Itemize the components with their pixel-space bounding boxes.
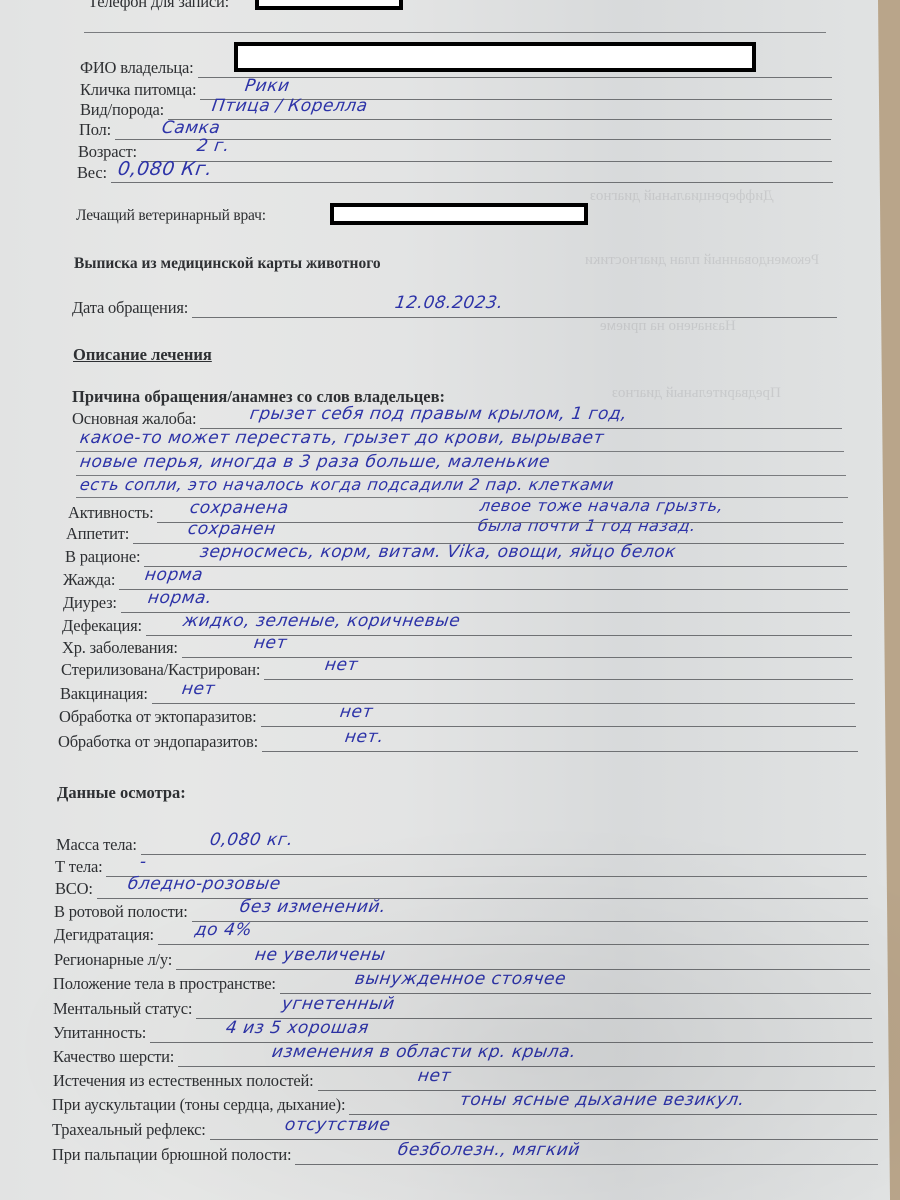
history-field: Вакцинация: xyxy=(60,682,855,704)
history-value: жидко, зеленые, коричневые xyxy=(182,611,462,631)
exam-label: При пальпации брюшной полости: xyxy=(52,1145,291,1165)
history-label: Активность: xyxy=(68,503,153,523)
history-label: Обработка от эндопаразитов: xyxy=(58,732,258,752)
treatment-title: Описание лечения xyxy=(73,345,212,365)
history-label: Жажда: xyxy=(63,570,115,590)
backside-text: Рекомендованный план диагностики xyxy=(585,252,819,269)
exam-value: угнетенный xyxy=(281,994,396,1014)
exam-label: ВСО: xyxy=(55,879,93,899)
exam-label: Упитанность: xyxy=(53,1023,146,1043)
history-field: Обработка от эктопаразитов: xyxy=(59,705,856,727)
exam-field: Регионарные л/у: xyxy=(54,948,870,970)
exam-value: без изменений. xyxy=(239,897,388,917)
exam-value: 4 из 5 хорошая xyxy=(225,1018,371,1038)
exam-field: Истечения из естественных полостей: xyxy=(53,1069,876,1091)
history-value: нет. xyxy=(344,727,386,747)
history-label: В рационе: xyxy=(65,547,140,567)
history-field: Активность: xyxy=(68,501,843,523)
exam-label: Масса тела: xyxy=(56,835,137,855)
exam-value: нет xyxy=(417,1066,453,1086)
history-value: нет xyxy=(253,633,289,653)
exam-value: бледно-розовые xyxy=(127,874,283,894)
history-label: Аппетит: xyxy=(66,524,129,544)
species-value: Птица / Корелла xyxy=(211,96,369,116)
species-label: Вид/порода: xyxy=(80,100,164,120)
history-value: сохранена xyxy=(189,498,290,518)
complaint-line: какое-то может перестать, грызет до кров… xyxy=(79,428,606,448)
exam-title: Данные осмотра: xyxy=(57,783,186,803)
sex-label: Пол: xyxy=(79,120,111,140)
blank-line xyxy=(84,32,826,33)
redaction-box xyxy=(234,42,756,72)
weight-label: Вес: xyxy=(77,163,107,183)
history-field: Обработка от эндопаразитов: xyxy=(58,730,858,752)
history-value: зерносмесь, корм, витам. Vika, овощи, яй… xyxy=(199,542,678,562)
exam-field: Дегидратация: xyxy=(54,923,869,945)
phone-label: Телефон для записи: xyxy=(88,0,229,12)
exam-value: отсутствие xyxy=(284,1115,392,1135)
exam-label: В ротовой полости: xyxy=(54,902,188,922)
exam-field: Трахеальный рефлекс: xyxy=(52,1118,878,1140)
exam-value: до 4% xyxy=(194,920,254,940)
exam-label: Трахеальный рефлекс: xyxy=(52,1120,206,1140)
exam-label: Истечения из естественных полостей: xyxy=(53,1071,314,1091)
exam-value: безболезн., мягкий xyxy=(397,1140,582,1160)
exam-label: Ментальный статус: xyxy=(53,999,192,1019)
history-value: нет xyxy=(324,655,360,675)
exam-label: Регионарные л/у: xyxy=(54,950,172,970)
history-value: сохранен xyxy=(187,519,278,539)
exam-label: Т тела: xyxy=(55,857,102,877)
exam-value: не увеличены xyxy=(254,945,387,965)
species-field: Вид/порода: xyxy=(80,98,832,120)
sex-value: Самка xyxy=(161,118,222,138)
complaint-line: новые перья, иногда в 3 раза больше, мал… xyxy=(79,452,552,472)
history-label: Вакцинация: xyxy=(60,684,148,704)
history-value: нет xyxy=(339,702,375,722)
weight-value: 0,080 Кг. xyxy=(116,158,214,180)
exam-field: Ментальный статус: xyxy=(53,997,872,1019)
exam-label: Качество шерсти: xyxy=(53,1047,174,1067)
visit-date-label: Дата обращения: xyxy=(72,298,188,318)
complaint-label: Основная жалоба: xyxy=(72,409,196,429)
backside-text: Назначено на приеме xyxy=(600,318,736,335)
vet-label: Лечащий ветеринарный врач: xyxy=(76,207,266,225)
extract-title: Выписка из медицинской карты животного xyxy=(74,255,381,273)
complaint-line: грызет себя под правым крылом, 1 год, xyxy=(249,404,629,424)
history-value: норма. xyxy=(147,588,214,608)
redaction-box xyxy=(330,203,588,225)
history-label: Обработка от эктопаразитов: xyxy=(59,707,257,727)
history-label: Диурез: xyxy=(63,593,117,613)
history-field: Аппетит: xyxy=(66,522,844,544)
history-value: норма xyxy=(144,565,205,585)
exam-label: При аускультации (тоны сердца, дыхание): xyxy=(52,1095,345,1115)
exam-label: Положение тела в пространстве: xyxy=(53,974,276,994)
exam-label: Дегидратация: xyxy=(54,925,154,945)
redaction-box xyxy=(255,0,403,10)
exam-field: В ротовой полости: xyxy=(54,900,868,922)
exam-field: Масса тела: xyxy=(56,833,866,855)
backside-text: Дифференциальный диагноз xyxy=(590,188,773,205)
history-field: Хр. заболевания: xyxy=(62,636,852,658)
exam-value: вынужденное стоячее xyxy=(354,969,568,989)
history-label: Стерилизована/Кастрирован: xyxy=(61,660,260,680)
history-field: Стерилизована/Кастрирован: xyxy=(61,658,853,680)
pet-name-label: Кличка питомца: xyxy=(80,80,196,100)
history-label: Хр. заболевания: xyxy=(62,638,178,658)
pet-name-value: Рики xyxy=(244,76,291,96)
visit-date-value: 12.08.2023. xyxy=(394,293,505,313)
exam-value: тоны ясные дыхание везикул. xyxy=(459,1090,746,1110)
exam-field: Упитанность: xyxy=(53,1021,873,1043)
owner-name-label: ФИО владельца: xyxy=(80,58,194,78)
history-label: Дефекация: xyxy=(62,616,142,636)
backside-text: Предварительный диагноз xyxy=(612,385,781,402)
complaint-line: есть сопли, это началось когда подсадили… xyxy=(79,475,616,494)
exam-value: изменения в области кр. крыла. xyxy=(271,1042,578,1062)
pet-name-field: Кличка питомца: xyxy=(80,78,832,100)
age-value: 2 г. xyxy=(196,136,231,156)
history-value: нет xyxy=(181,679,217,699)
exam-value: 0,080 кг. xyxy=(209,830,295,850)
